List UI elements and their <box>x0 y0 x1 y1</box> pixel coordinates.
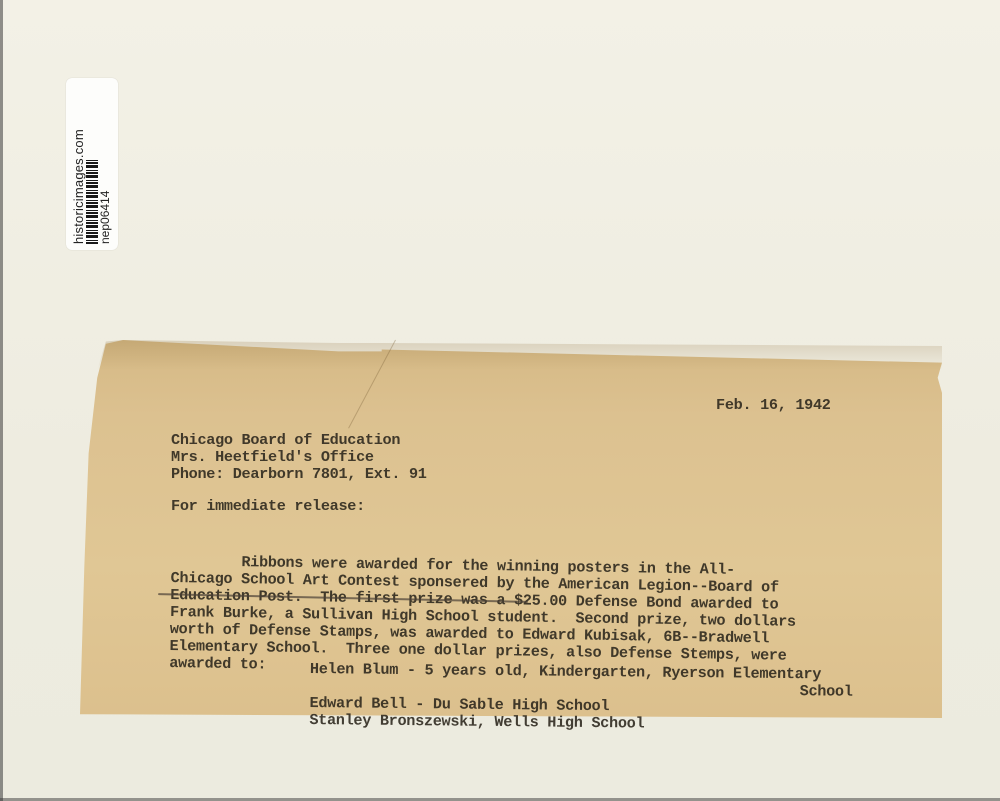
barcode-id-text: nep06414 <box>98 191 112 244</box>
header-phone: Phone: Dearborn 7801, Ext. 91 <box>171 466 427 483</box>
header-office: Mrs. Heetfield's Office <box>171 449 427 466</box>
barcode-label: historicimages.com nep06414 <box>66 78 118 250</box>
release-date: Feb. 16, 1942 <box>716 397 831 414</box>
sender-header: Chicago Board of EducationMrs. Heetfield… <box>171 432 427 483</box>
photo-edge-left <box>0 0 3 801</box>
release-note: For immediate release: <box>171 498 365 515</box>
barcode-icon <box>86 160 98 244</box>
winners-list: Helen Blum - 5 years old, Kindergarten, … <box>309 661 853 735</box>
header-organization: Chicago Board of Education <box>171 432 427 449</box>
barcode-site-text: historicimages.com <box>72 129 86 244</box>
